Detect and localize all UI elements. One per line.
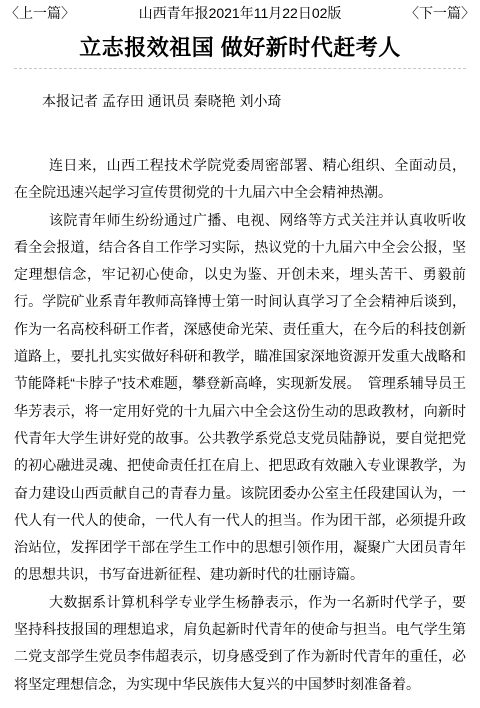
prev-article-link[interactable]: 〈上一篇〉: [5, 5, 75, 22]
newspaper-edition-label: 山西青年报2021年11月22日02版: [75, 5, 405, 22]
article-title: 立志报效祖国 做好新时代赶考人: [0, 35, 480, 61]
article-paragraph-3: 大数据系计算机科学专业学生杨静表示，作为一名新时代学子，要坚持科技报国的理想追求…: [14, 589, 466, 698]
article-body: 连日来，山西工程技术学院党委周密部署、精心组织、全面动员，在全院迅速兴起学习宣传…: [14, 152, 466, 698]
next-article-link[interactable]: 〈下一篇〉: [405, 5, 475, 22]
pagination-bar: 〈上一篇〉 山西青年报2021年11月22日02版 〈下一篇〉: [0, 0, 480, 22]
article-page: 〈上一篇〉 山西青年报2021年11月22日02版 〈下一篇〉 立志报效祖国 做…: [0, 0, 480, 708]
article-paragraph-2: 该院青年师生纷纷通过广播、电视、网络等方式关注并认真收听收看全会报道，结合各自工…: [14, 207, 466, 589]
article-byline: 本报记者 孟存田 通讯员 秦晓艳 刘小琦: [14, 93, 466, 110]
article-paragraph-1: 连日来，山西工程技术学院党委周密部署、精心组织、全面动员，在全院迅速兴起学习宣传…: [14, 152, 466, 207]
dashed-divider: [14, 68, 466, 69]
